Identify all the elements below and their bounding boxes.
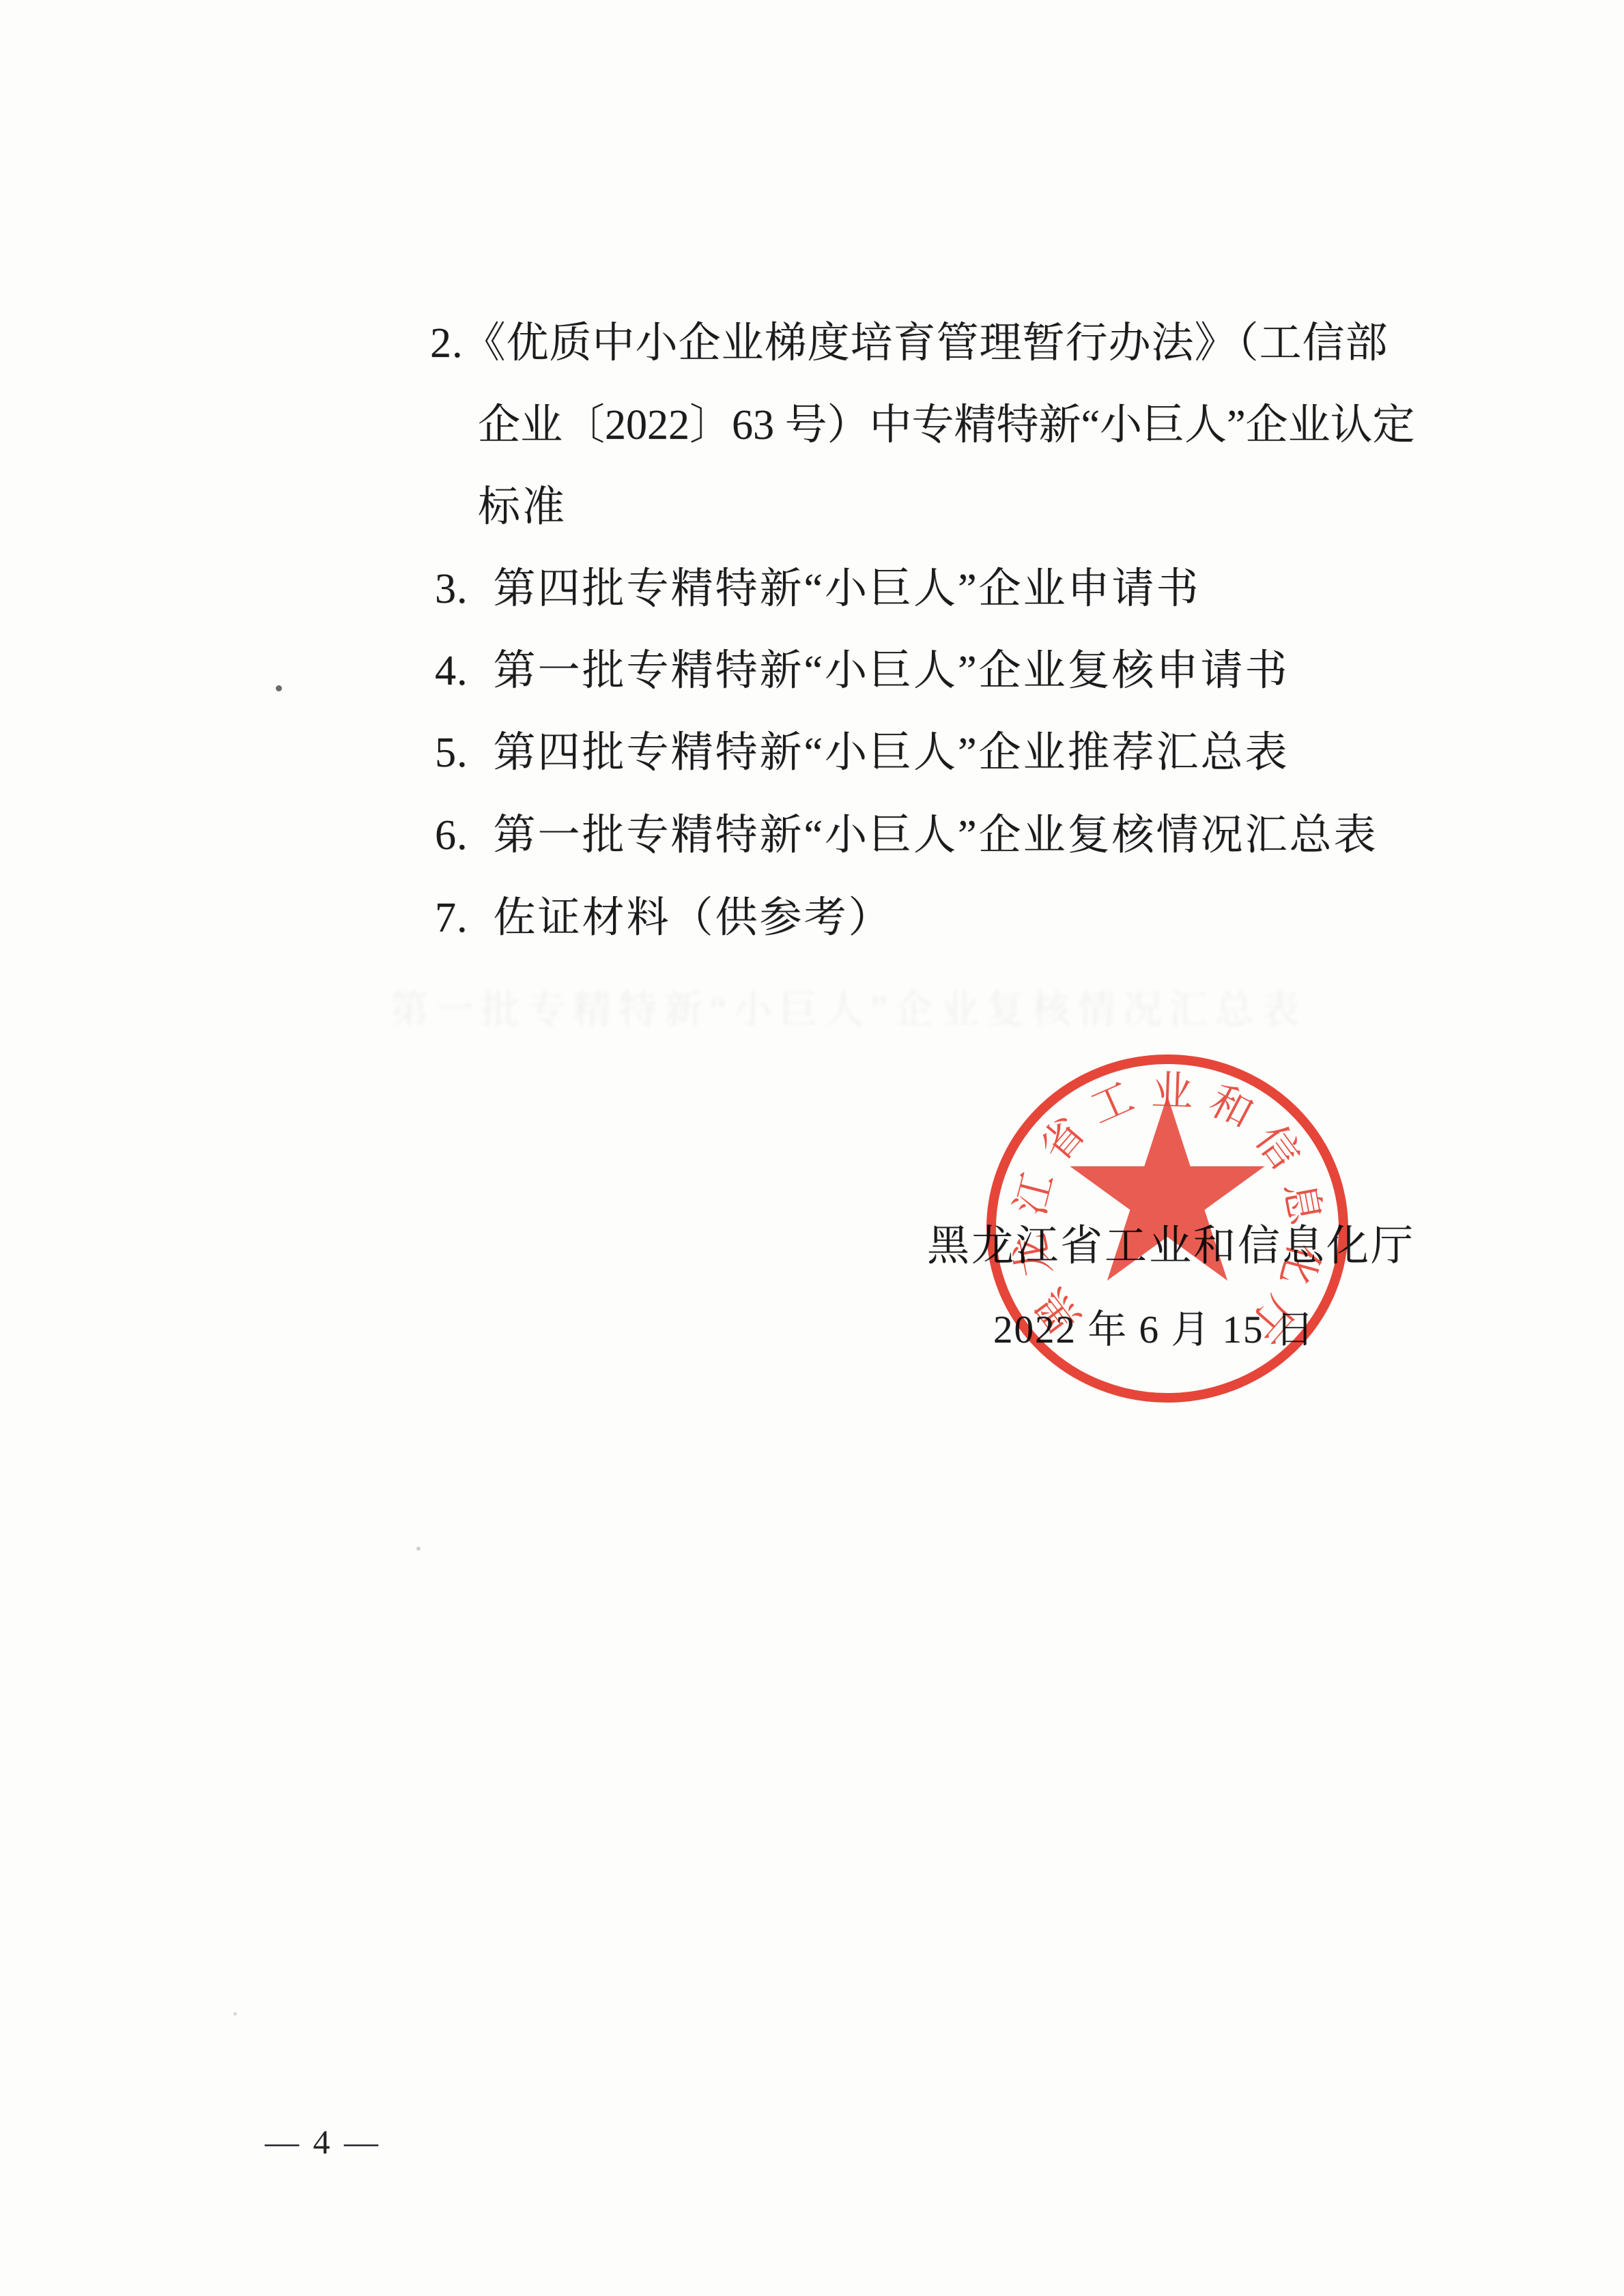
list-item-2-line-2: 企业〔2022〕63 号）中专精特新“小巨人”企业认定 <box>478 401 1415 449</box>
list-item-6-text: 第一批专精特新“小巨人”企业复核情况汇总表 <box>494 812 1378 859</box>
scan-speck <box>276 685 282 691</box>
list-item-5-text: 第四批专精特新“小巨人”企业推荐汇总表 <box>494 730 1290 776</box>
seal-arc-char: 息 <box>1275 1179 1328 1229</box>
list-item-4-number: 4. <box>435 648 468 694</box>
seal-arc-char: 省 <box>1032 1109 1094 1171</box>
seal-svg: 黑龙江省工业和信息化厅 <box>928 990 1406 1467</box>
seal-arc-char: 江 <box>1008 1168 1062 1220</box>
list-item-3-text: 第四批专精特新“小巨人”企业申请书 <box>494 566 1201 612</box>
seal-arc-char: 厅 <box>1240 1287 1302 1349</box>
list-item-6-number: 6. <box>435 812 468 859</box>
list-item-4-text: 第一批专精特新“小巨人”企业复核申请书 <box>494 648 1290 694</box>
seal-arc-char: 龙 <box>1007 1230 1060 1280</box>
seal-arc-char: 黑 <box>1027 1280 1089 1341</box>
list-item-4: 4.第一批专精特新“小巨人”企业复核申请书 <box>435 647 1290 695</box>
seal-arc-char: 工 <box>1084 1074 1141 1133</box>
page-number: — 4 — <box>265 2121 381 2162</box>
list-item-6: 6.第一批专精特新“小巨人”企业复核情况汇总表 <box>435 812 1378 859</box>
seal-arc-char: 和 <box>1202 1078 1260 1138</box>
document-page: 2.《优质中小企业梯度培育管理暂行办法》（工信部 企业〔2022〕63 号）中专… <box>0 0 1624 2296</box>
seal-arc-char: 化 <box>1272 1238 1327 1290</box>
list-item-2-text-line-3: 标准 <box>478 484 567 530</box>
list-item-5: 5.第四批专精特新“小巨人”企业推荐汇总表 <box>435 729 1290 777</box>
seal-arc-char: 业 <box>1150 1069 1193 1116</box>
list-item-2-line-3: 标准 <box>478 483 567 531</box>
scan-speck <box>416 1547 421 1551</box>
list-item-3-number: 3. <box>435 566 468 612</box>
list-item-2-line-1: 2.《优质中小企业梯度培育管理暂行办法》（工信部 <box>430 319 1388 367</box>
list-item-7-number: 7. <box>435 895 468 941</box>
list-item-2-text-line-1: 《优质中小企业梯度培育管理暂行办法》（工信部 <box>464 320 1388 367</box>
list-item-7-text: 佐证材料（供参考） <box>494 895 893 941</box>
list-item-5-number: 5. <box>435 730 468 776</box>
list-item-2-number: 2. <box>430 320 464 367</box>
list-item-2-text-line-2: 企业〔2022〕63 号）中专精特新“小巨人”企业认定 <box>478 402 1415 448</box>
scan-speck <box>233 2012 237 2015</box>
list-item-7: 7.佐证材料（供参考） <box>435 894 893 942</box>
list-item-3: 3.第四批专精特新“小巨人”企业申请书 <box>435 565 1201 613</box>
